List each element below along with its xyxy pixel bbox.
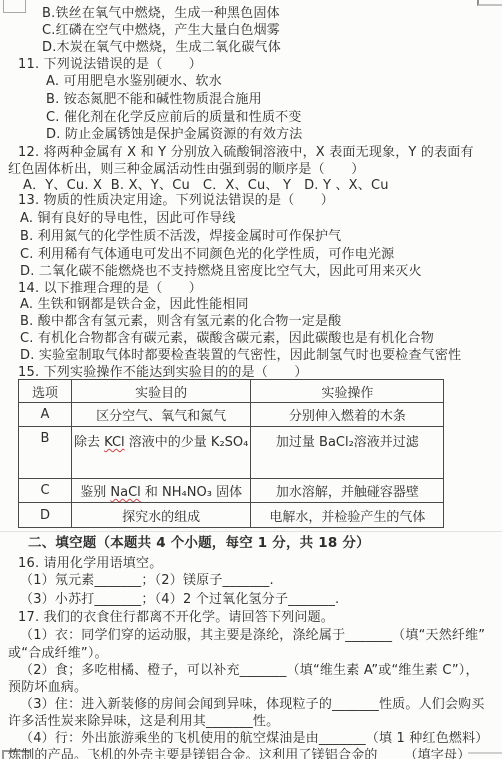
cell-option: D [19,503,72,528]
col-header-goal: 实验目的 [72,380,251,403]
q16-blank-3-4: （3）小苏打_______；（4）2 个过氧化氢分子_______. [20,592,339,607]
cell-operation: 加过量 BaCl₂溶液并过滤 [251,427,444,479]
col-header-operation: 实验操作 [251,380,444,403]
q13-option-b: B. 利用氮气的化学性质不活泼，焊接金属时可作保护气 [20,229,341,244]
table-row: D 探究水的组成 电解水，并检验产生的气体 [19,503,444,528]
cell-goal: 区分空气、氧气和氮气 [72,403,251,427]
cell-goal: 鉴别 NaCl 和 NH₄NO₃ 固体 [72,479,251,503]
goal-text: 除去 [74,435,104,450]
scanned-exam-page: { "document": { "colors": { "text": "#2d… [0,0,502,759]
q11-option-b: B. 铵态氮肥不能和碱性物质混合施用 [46,92,262,107]
table-row: B 除去 KCl 溶液中的少量 K₂SO₄ 加过量 BaCl₂溶液并过滤 [19,427,444,479]
goal-text: 和 NH₄NO₃ 固体 [141,485,242,500]
q11-option-c: C. 催化剂在化学反应前后的质量和性质不变 [46,110,302,125]
col-header-option: 选项 [19,380,72,403]
q13-option-c: C. 利用稀有气体通电可发出不同颜色光的化学性质，可作电光源 [20,247,394,262]
page-corner-mark-top-left [3,0,26,13]
q14-option-a: A. 生铁和钢都是铁合金，因此性能相同 [20,297,249,312]
cell-option: B [19,427,72,479]
q14-option-d: D. 实验室制取气体时都要检查装置的气密性，因此制氢气时也要检查气密性 [20,348,461,363]
q11-option-a: A. 可用肥皂水鉴别硬水、软水 [46,74,222,89]
table-header-row: 选项 实验目的 实验操作 [19,380,444,403]
q13-option-a: A. 铜有良好的导电性，因此可作导线 [20,211,236,226]
spellcheck-underline: NaCl [110,485,140,500]
q16-stem: 16. 请用化学用语填空。 [18,556,162,571]
q10-option-d: D.木炭在氧气中燃烧，生成二氧化碳气体 [42,40,281,55]
q17-part4: （4）行：外出旅游乘坐的飞机使用的航空煤油是由_______（填 1 种红色燃料… [20,731,489,746]
q10-option-c: C.红磷在空气中燃烧，产生大量白色烟雾 [42,23,280,38]
q11-stem: 11. 下列说法错误的是（ ） [18,57,202,72]
q16-blank-1-2: （1）氖元素_______；（2）镁原子_______. [20,573,274,588]
q17-part2-cont: 预防坏血病。 [8,680,87,695]
spellcheck-underline: KCl [104,435,125,450]
q10-option-b: B.铁丝在氧气中燃烧，生成一种黑色固体 [42,6,280,21]
q13-option-d: D. 二氧化碳不能燃烧也不支持燃烧且密度比空气大，因此可用来灭火 [20,264,422,279]
q14-option-c: C. 有机化合物都含有碳元素，碳酸含碳元素，因此碳酸也是有机化合物 [20,331,434,346]
q15-stem: 15. 下列实验操作不能达到实验目的的是（ ） [18,365,308,380]
q17-part4-cont: 炼制的产品。飞机的外壳主要是镁铝合金。这利用了镁铝合金的____（填字母） [8,748,470,759]
cell-goal: 探究水的组成 [72,503,251,528]
q12-stem-cont: 红色固体析出，则三种金属活动性由强到弱的顺序是（ ） [8,162,364,177]
q14-option-b: B. 酸中都含有氢元素，则含有氢元素的化合物一定是酸 [20,314,341,329]
table-row: C 鉴别 NaCl 和 NH₄NO₃ 固体 加水溶解，并触碰容器壁 [19,479,444,503]
q17-part1: （1）衣：同学们穿的运动服，其主要是涤纶，涤纶属于_______（填“天然纤维” [20,628,485,643]
cell-operation: 电解水，并检验产生的气体 [251,503,444,528]
page-corner-mark-top-right [477,0,502,6]
goal-text: 鉴别 [80,485,110,500]
q12-options: A．Y、Cu. X B. X、Y、Cu C．X、Cu、 Y D. Y 、X、Cu [23,178,389,193]
scan-artifact-line [0,531,502,532]
cell-option: A [19,403,72,427]
page-corner-mark-bottom-right [468,752,502,759]
q12-stem: 12. 将两种金属有 X 和 Y 分别放入硫酸铜溶液中，X 表面无现象，Y 的表… [18,145,474,160]
q17-stem: 17. 我们的衣食住行都离不开化学。请回答下列问题。 [18,610,334,625]
cell-option: C [19,479,72,503]
cell-operation: 加水溶解，并触碰容器壁 [251,479,444,503]
q13-stem: 13. 物质的性质决定用途。下列说法错误的是（ ） [18,193,334,208]
table-row: A 区分空气、氧气和氮气 分别伸入燃着的木条 [19,403,444,427]
q17-part3-cont: 许多活性炭来除异味，这是利用其_______性。 [8,714,279,729]
cell-operation: 分别伸入燃着的木条 [251,403,444,427]
q17-part2: （2）食；多吃柑橘、橙子，可以补充_______（填“维生素 A”或“维生素 C… [20,663,479,678]
q11-option-d: D. 防止金属锈蚀是保护金属资源的有效方法 [46,127,302,142]
cell-goal: 除去 KCl 溶液中的少量 K₂SO₄ [72,427,251,479]
experiment-table: 选项 实验目的 实验操作 A 区分空气、氧气和氮气 分别伸入燃着的木条 B 除去… [18,379,444,528]
goal-text: 溶液中的少量 K₂SO₄ [125,435,249,450]
q17-part1-cont: 或“合成纤维”）。 [8,646,108,661]
section2-heading: 二、填空题（本题共 4 个小题，每空 1 分，共 18 分） [28,536,370,551]
q14-stem: 14. 以下推理合理的是（ ） [18,281,202,296]
q17-part3: （3）住：进入新装修的房间会闻到异味，体现粒子的_______性质。人们会购买 [20,697,485,712]
